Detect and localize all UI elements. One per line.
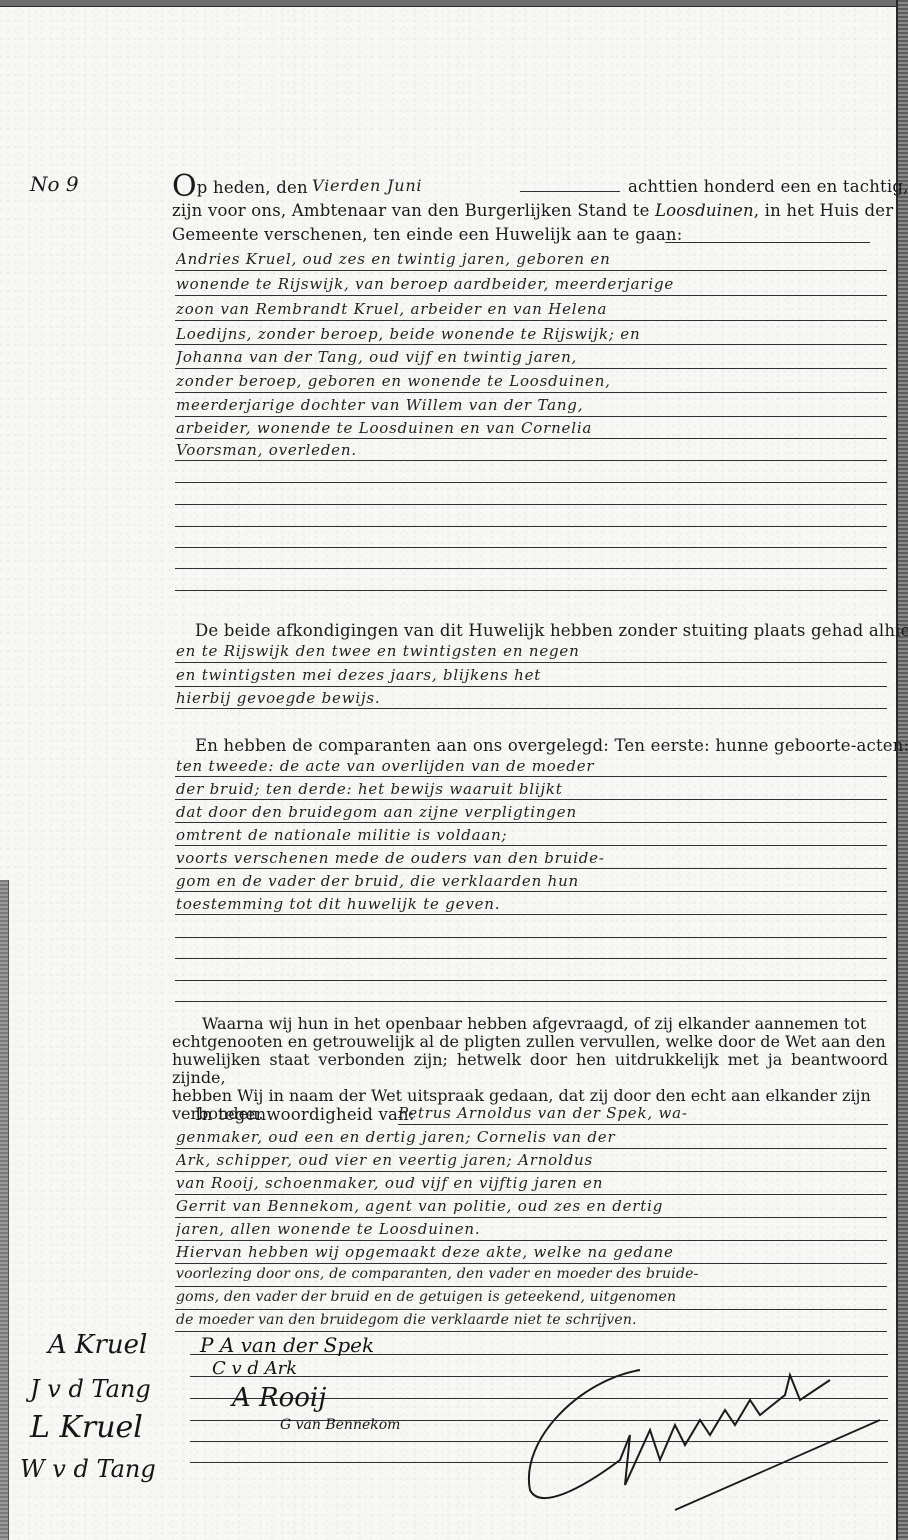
parties-line: arbeider, wonende te Loosduinen en van C…: [176, 419, 888, 437]
documents-line: omtrent de nationale militie is voldaan;: [176, 826, 888, 844]
page-top-edge: [0, 0, 908, 7]
documents-line: gom en de vader der bruid, die verklaard…: [176, 872, 888, 890]
record-number: No 9: [30, 172, 79, 196]
ruled-line: [175, 1263, 887, 1264]
witnesses-line: Gerrit van Bennekom, agent van politie, …: [176, 1197, 888, 1215]
ruled-line: [175, 776, 887, 777]
ruled-line: [175, 344, 887, 345]
declaration-line: echtgenooten en getrouwelijk al de pligt…: [172, 1033, 888, 1051]
ruled-line: [175, 1309, 887, 1310]
signature-groom-father: L Kruel: [30, 1410, 143, 1445]
ruled-line: [175, 845, 887, 846]
signature-witness-4: G van Bennekom: [280, 1417, 400, 1433]
municipality-name: Loosduinen: [655, 201, 754, 220]
ruled-line: [175, 392, 887, 393]
signature-bride: J v d Tang: [30, 1375, 151, 1403]
official-signature: [500, 1340, 900, 1520]
witnesses-line: voorlezing door ons, de comparanten, den…: [176, 1266, 888, 1282]
signature-witness-2: C v d Ark: [212, 1358, 297, 1379]
ruled-line: [175, 868, 887, 869]
ruled-line: [175, 460, 887, 461]
signature-bride-father: W v d Tang: [20, 1455, 156, 1483]
ruled-line: [175, 368, 887, 369]
ruled-line: [175, 416, 887, 417]
ruled-line: [175, 1148, 887, 1149]
header-line-3: Gemeente verschenen, ten einde een Huwel…: [172, 224, 683, 246]
banns-line: en twintigsten mei dezes jaars, blijkens…: [176, 666, 888, 684]
ruled-line: [398, 1124, 888, 1125]
ruled-line: [175, 822, 887, 823]
declaration-line: Waarna wij hun in het openbaar hebben af…: [172, 1015, 888, 1033]
year-text: achttien honderd een en tachtig,: [628, 176, 908, 198]
date-rule: [520, 191, 620, 192]
blank-ruled-line: [175, 526, 887, 527]
ruled-line: [175, 686, 887, 687]
witnesses-printed-text: In tegenwoordigheid van:: [195, 1104, 415, 1126]
documents-line: ten tweede: de acte van overlijden van d…: [176, 757, 888, 775]
parties-line: zonder beroep, geboren en wonende te Loo…: [176, 372, 888, 390]
header-line-1: Op heden, den: [172, 176, 308, 199]
parties-line: wonende te Rijswijk, van beroep aardbeid…: [176, 275, 888, 293]
witnesses-line: genmaker, oud een en dertig jaren; Corne…: [176, 1128, 888, 1146]
page-left-edge: [0, 880, 9, 1540]
signature-witness-3: A Rooij: [232, 1383, 326, 1413]
blank-ruled-line: [175, 937, 887, 938]
documents-printed-text: En hebben de comparanten aan ons overgel…: [195, 735, 908, 757]
banns-line: hierbij gevoegde bewijs.: [176, 689, 888, 707]
documents-line: voorts verschenen mede de ouders van den…: [176, 849, 888, 867]
blank-ruled-line: [175, 482, 887, 483]
parties-line: meerderjarige dochter van Willem van der…: [176, 396, 888, 414]
page-right-edge: [896, 0, 908, 1540]
ruled-line: [175, 708, 887, 709]
witnesses-line: de moeder van den bruidegom die verklaar…: [176, 1312, 888, 1328]
blank-ruled-line: [175, 980, 887, 981]
parties-line: Loedijns, zonder beroep, beide wonende t…: [176, 325, 888, 343]
parties-line: Voorsman, overleden.: [176, 441, 888, 459]
declaration-line: huwelijken staat verbonden zijn; hetwelk…: [172, 1051, 888, 1087]
documents-line: dat door den bruidegom aan zijne verplig…: [176, 803, 888, 821]
ruled-line: [175, 1286, 887, 1287]
parties-line: zoon van Rembrandt Kruel, arbeider en va…: [176, 300, 888, 318]
ruled-line: [175, 799, 887, 800]
document-page: No 9 Op heden, den Vierden Juni achttien…: [0, 0, 908, 1540]
blank-ruled-line: [175, 547, 887, 548]
header-line-2-tail: , in het Huis der: [754, 201, 894, 220]
parties-line: Andries Kruel, oud zes en twintig jaren,…: [176, 250, 888, 268]
ruled-line: [175, 320, 887, 321]
blank-ruled-line: [175, 958, 887, 959]
ruled-line: [175, 1194, 887, 1195]
ruled-line: [175, 1240, 887, 1241]
banns-printed-text: De beide afkondigingen van dit Huwelijk …: [195, 620, 908, 642]
ruled-line: [175, 662, 887, 663]
header-line-2-lead: zijn voor ons, Ambtenaar van den Burgerl…: [172, 201, 650, 220]
ruled-line: [175, 914, 887, 915]
documents-line: der bruid; ten derde: het bewijs waaruit…: [176, 780, 888, 798]
ruled-line: [175, 295, 887, 296]
witnesses-line: Ark, schipper, oud vier en veertig jaren…: [176, 1151, 888, 1169]
witnesses-line: jaren, allen wonende te Loosduinen.: [176, 1220, 888, 1238]
ruled-line: [175, 891, 887, 892]
witnesses-line: van Rooij, schoenmaker, oud vijf en vijf…: [176, 1174, 888, 1192]
blank-ruled-line: [175, 568, 887, 569]
signature-groom: A Kruel: [48, 1330, 147, 1360]
ruled-line: [175, 1331, 887, 1332]
ruled-line: [175, 1171, 887, 1172]
ruled-line: [175, 270, 887, 271]
documents-line: toestemming tot dit huwelijk te geven.: [176, 895, 888, 913]
witnesses-line: Hiervan hebben wij opgemaakt deze akte, …: [176, 1243, 888, 1261]
ruled-line: [175, 1217, 887, 1218]
ruled-line: [175, 438, 887, 439]
witnesses-line: Petrus Arnoldus van der Spek, wa-: [398, 1104, 888, 1122]
header-lead-text: p heden, den: [197, 178, 308, 197]
signature-witness-1: P A van der Spek: [200, 1333, 374, 1357]
handwritten-date: Vierden Juni: [312, 176, 502, 195]
blank-ruled-line: [175, 1001, 887, 1002]
blank-ruled-line: [175, 504, 887, 505]
banns-line: en te Rijswijk den twee en twintigsten e…: [176, 642, 888, 660]
declaration-line: hebben Wij in naam der Wet uitspraak ged…: [172, 1087, 888, 1105]
drop-cap: O: [172, 169, 197, 204]
witnesses-line: goms, den vader der bruid en de getuigen…: [176, 1289, 888, 1305]
header-rule: [665, 242, 870, 243]
blank-ruled-line: [175, 590, 887, 591]
parties-line: Johanna van der Tang, oud vijf en twinti…: [176, 348, 888, 366]
header-line-2: zijn voor ons, Ambtenaar van den Burgerl…: [172, 200, 893, 222]
